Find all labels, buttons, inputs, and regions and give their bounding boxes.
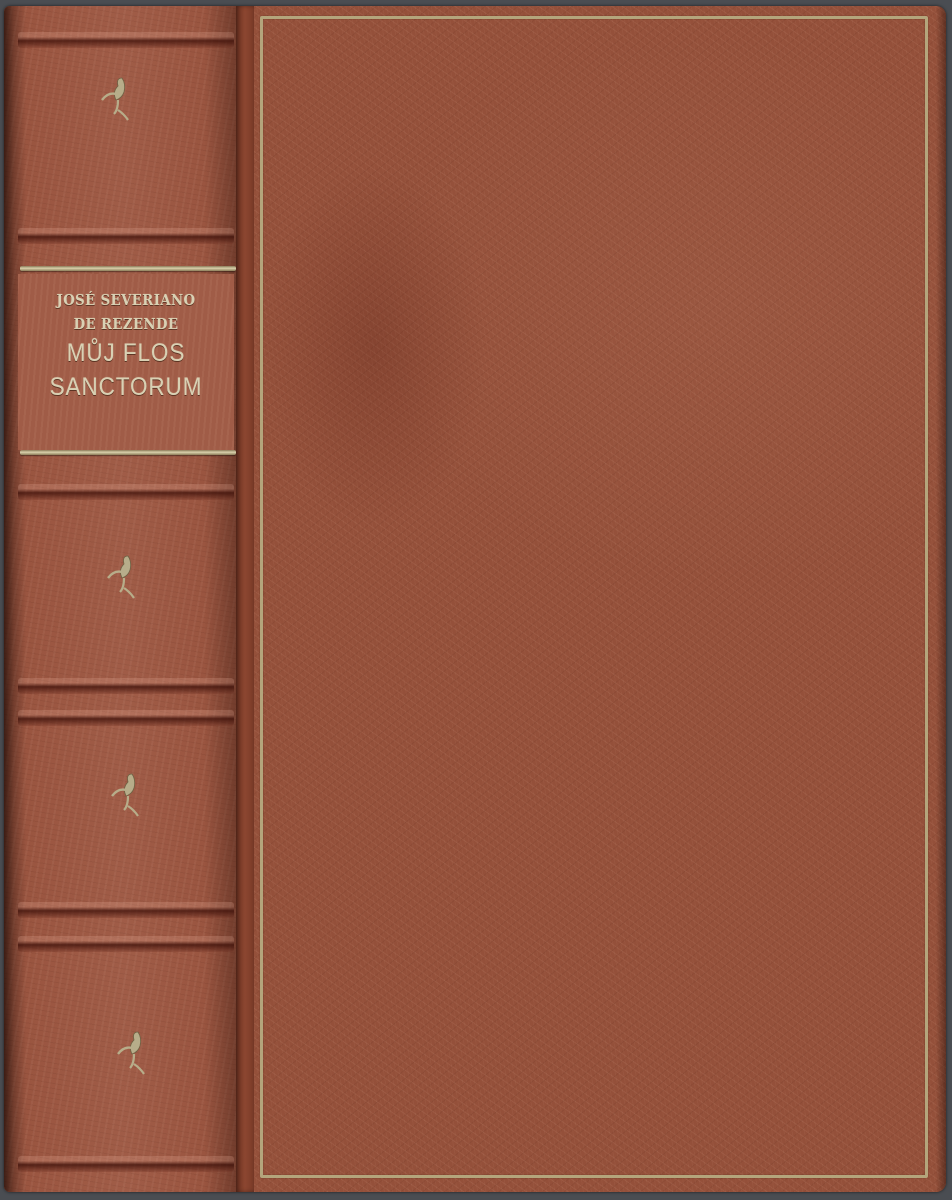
spine-title-label: JOSÉ SEVERIANO DE REZENDE MŮJ FLOS SANCT… — [18, 274, 234, 450]
floral-ornament-icon — [96, 72, 140, 132]
raised-band — [18, 936, 234, 952]
book: JOSÉ SEVERIANO DE REZENDE MŮJ FLOS SANCT… — [4, 6, 946, 1192]
spine-hinge — [236, 6, 254, 1192]
gilt-rule — [20, 450, 236, 455]
floral-ornament-icon — [106, 768, 150, 828]
floral-ornament-icon — [102, 550, 146, 610]
gilt-rule — [20, 266, 236, 271]
gilt-fillet-border — [260, 16, 928, 1178]
floral-ornament-icon — [112, 1026, 156, 1086]
author-name-line-2: DE REZENDE — [31, 312, 221, 336]
raised-band — [18, 710, 234, 726]
cover-edge-shadow — [936, 6, 946, 1192]
raised-band — [18, 484, 234, 500]
raised-band — [18, 902, 234, 918]
raised-band — [18, 678, 234, 694]
book-title-line-2: SANCTORUM — [29, 370, 223, 404]
raised-band — [18, 228, 234, 244]
book-title-line-1: MŮJ FLOS — [29, 336, 223, 370]
book-photograph: JOSÉ SEVERIANO DE REZENDE MŮJ FLOS SANCT… — [0, 0, 952, 1200]
author-name-line-1: JOSÉ SEVERIANO — [31, 288, 221, 312]
raised-band — [18, 1156, 234, 1172]
raised-band — [18, 32, 234, 48]
book-spine: JOSÉ SEVERIANO DE REZENDE MŮJ FLOS SANCT… — [4, 6, 236, 1192]
front-cover-board — [254, 6, 946, 1192]
